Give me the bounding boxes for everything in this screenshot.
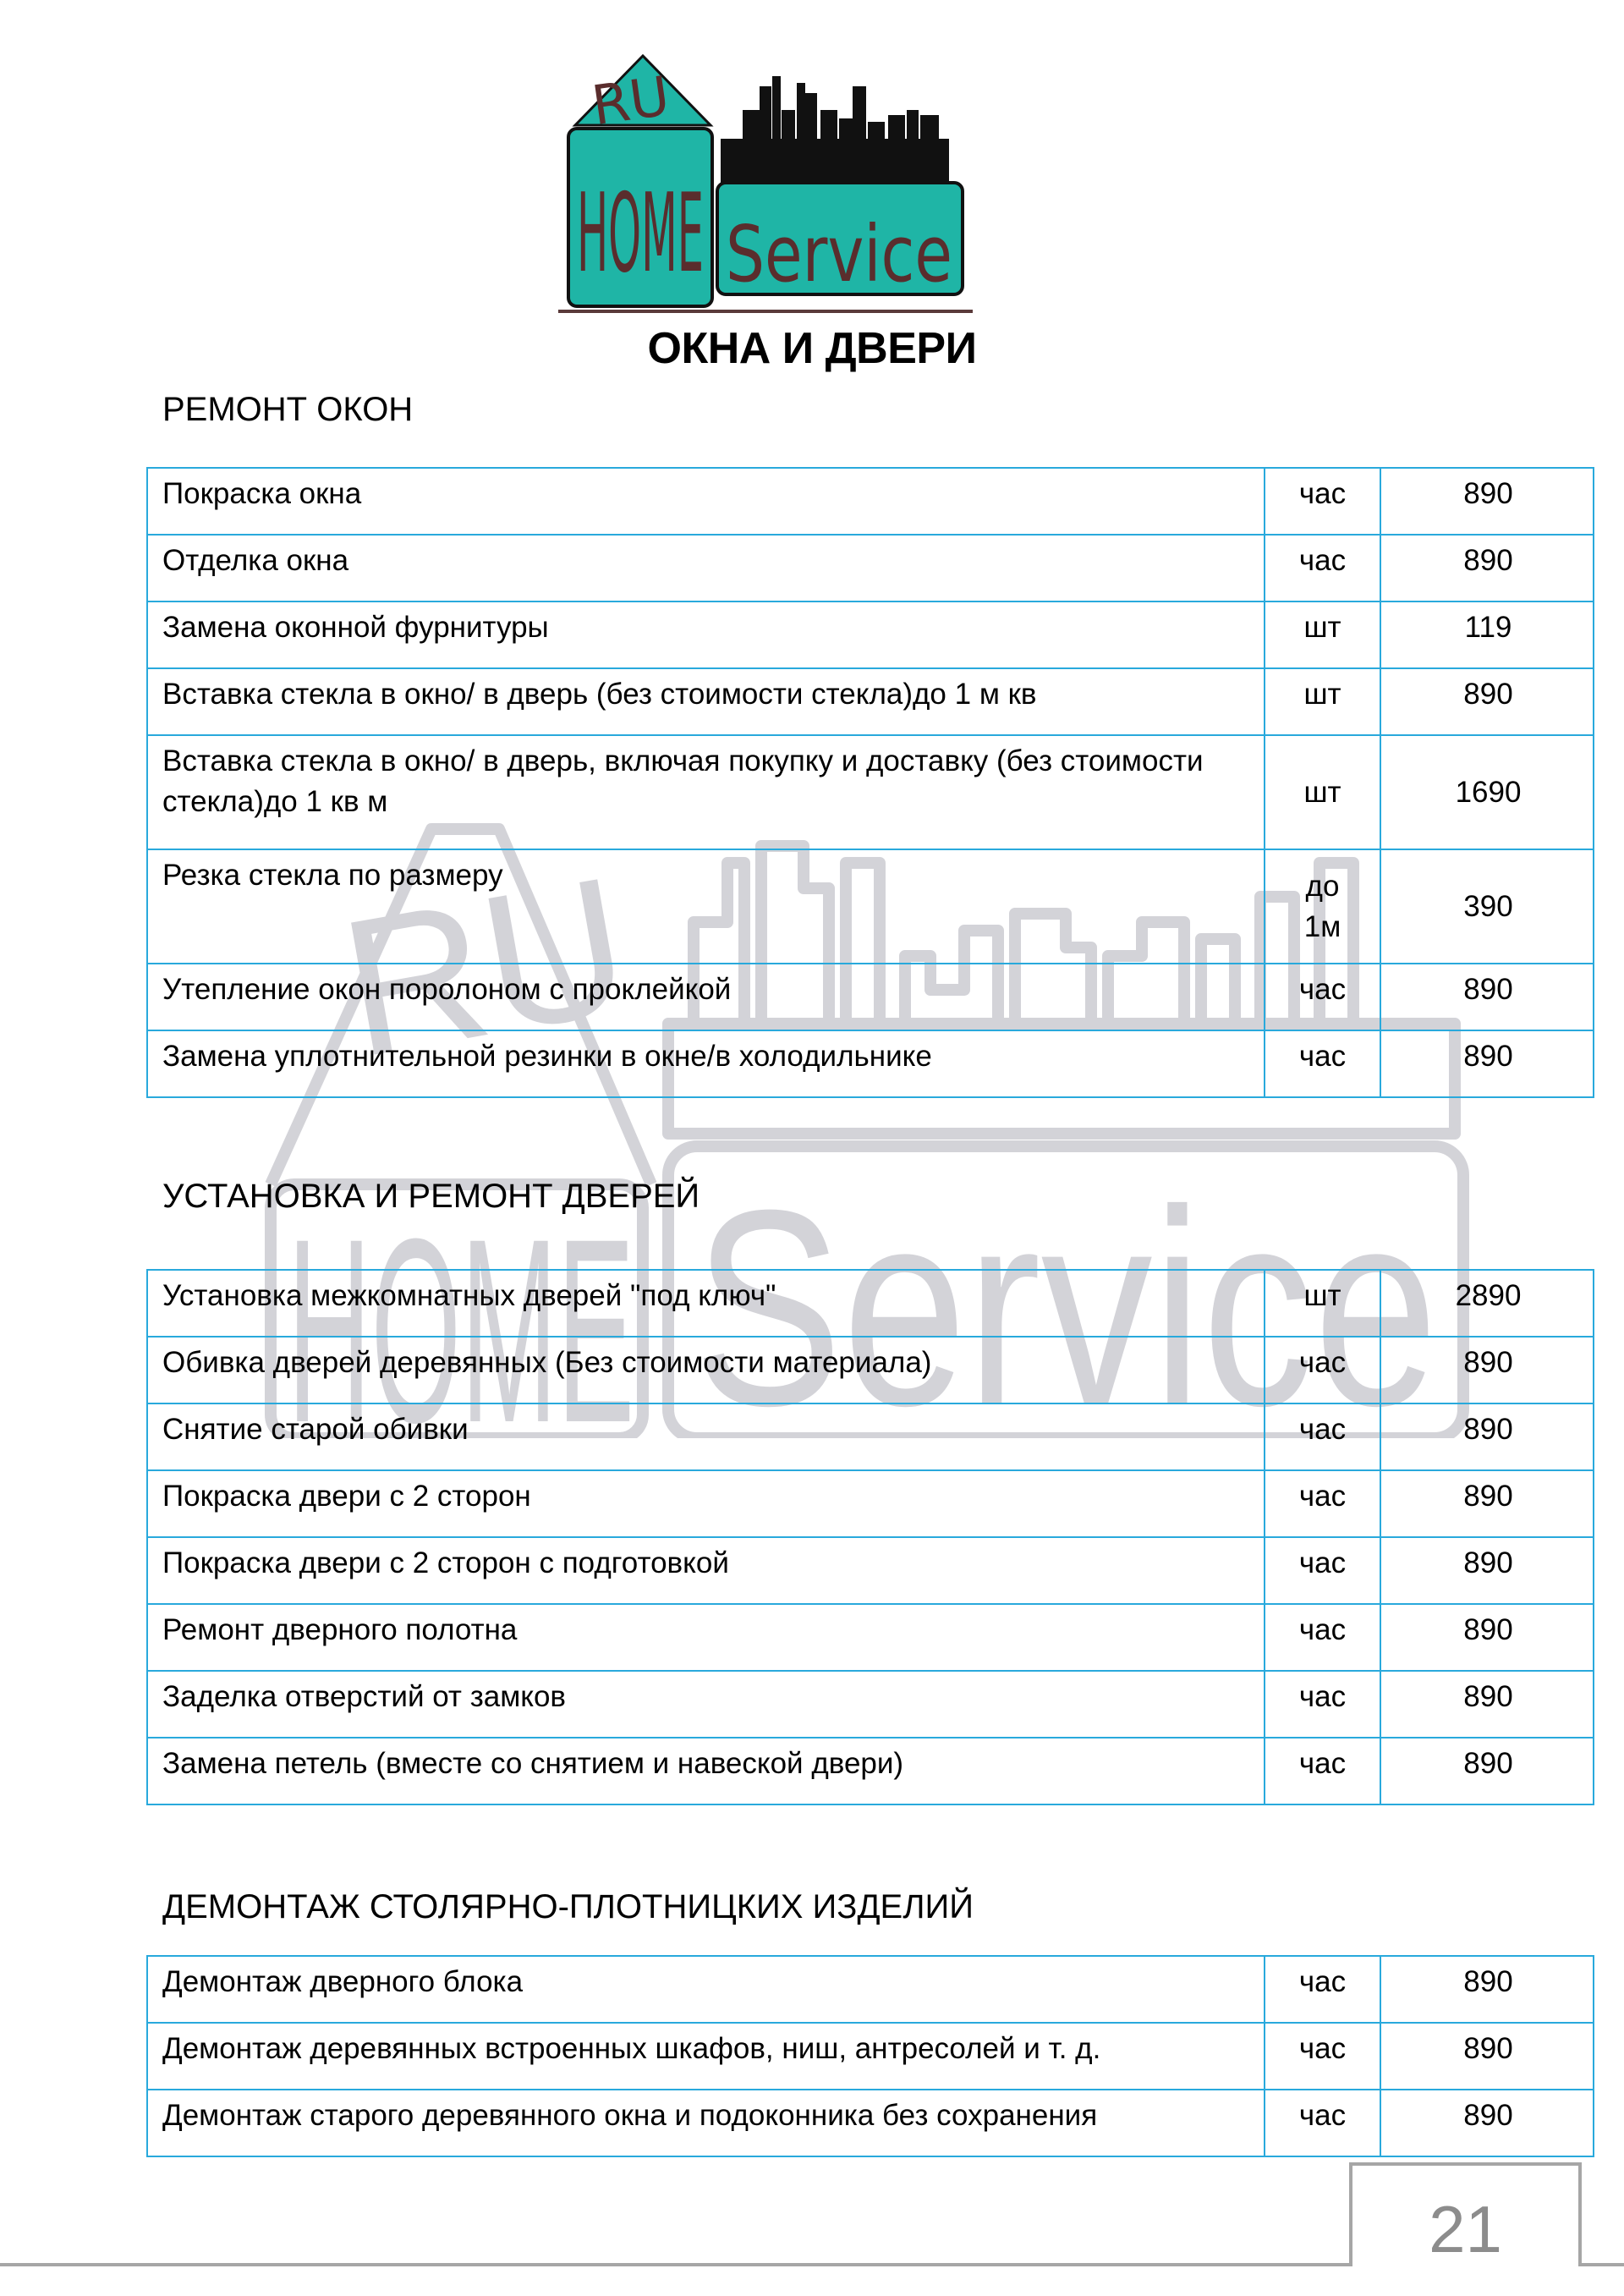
- service-name-cell: Заделка отверстий от замков: [147, 1671, 1265, 1738]
- price-cell: 390: [1380, 849, 1594, 964]
- price-cell: 890: [1380, 1604, 1594, 1671]
- service-name-cell: Демонтаж деревянных встроенных шкафов, н…: [147, 2023, 1265, 2090]
- unit-cell: час: [1265, 1604, 1380, 1671]
- unit-cell: час: [1265, 964, 1380, 1030]
- service-name-cell: Ремонт дверного полотна: [147, 1604, 1265, 1671]
- price-cell: 890: [1380, 668, 1594, 735]
- table-row: Демонтаж дверного блокачас890: [147, 1956, 1594, 2023]
- section-heading-windows: РЕМОНТ ОКОН: [162, 391, 413, 429]
- footer-divider: [0, 2263, 1349, 2266]
- table-row: Замена петель (вместе со снятием и навес…: [147, 1738, 1594, 1804]
- unit-cell: шт: [1265, 601, 1380, 668]
- unit-cell: шт: [1265, 1270, 1380, 1337]
- price-cell: 890: [1380, 535, 1594, 601]
- table-row: Утепление окон поролоном с проклейкойчас…: [147, 964, 1594, 1030]
- unit-cell: час: [1265, 1671, 1380, 1738]
- service-name-cell: Демонтаж старого деревянного окна и подо…: [147, 2090, 1265, 2156]
- unit-cell: час: [1265, 1030, 1380, 1097]
- price-cell: 890: [1380, 1738, 1594, 1804]
- table-row: Установка межкомнатных дверей "под ключ"…: [147, 1270, 1594, 1337]
- table-row: Демонтаж деревянных встроенных шкафов, н…: [147, 2023, 1594, 2090]
- unit-cell: час: [1265, 468, 1380, 535]
- service-name-cell: Покраска окна: [147, 468, 1265, 535]
- price-cell: 890: [1380, 1956, 1594, 2023]
- service-name-cell: Установка межкомнатных дверей "под ключ": [147, 1270, 1265, 1337]
- logo-service: Service: [726, 209, 952, 299]
- price-cell: 1690: [1380, 735, 1594, 849]
- service-name-cell: Вставка стекла в окно/ в дверь (без стои…: [147, 668, 1265, 735]
- logo-underline: [558, 310, 973, 313]
- service-name-cell: Замена уплотнительной резинки в окне/в х…: [147, 1030, 1265, 1097]
- service-name-cell: Утепление окон поролоном с проклейкой: [147, 964, 1265, 1030]
- price-cell: 890: [1380, 2023, 1594, 2090]
- table-row: Замена уплотнительной резинки в окне/в х…: [147, 1030, 1594, 1097]
- service-name-cell: Покраска двери с 2 сторон с подготовкой: [147, 1537, 1265, 1604]
- table-row: Покраска двери с 2 сторончас890: [147, 1470, 1594, 1537]
- table-row: Покраска двери с 2 сторон с подготовкойч…: [147, 1537, 1594, 1604]
- service-name-cell: Покраска двери с 2 сторон: [147, 1470, 1265, 1537]
- service-name-cell: Резка стекла по размеру: [147, 849, 1265, 964]
- unit-cell: час: [1265, 2023, 1380, 2090]
- unit-cell: час: [1265, 2090, 1380, 2156]
- table-row: Заделка отверстий от замковчас890: [147, 1671, 1594, 1738]
- price-cell: 890: [1380, 2090, 1594, 2156]
- table-row: Ремонт дверного полотначас890: [147, 1604, 1594, 1671]
- service-name-cell: Снятие старой обивки: [147, 1403, 1265, 1470]
- unit-cell: час: [1265, 535, 1380, 601]
- table-row: Замена оконной фурнитурышт119: [147, 601, 1594, 668]
- service-name-cell: Замена оконной фурнитуры: [147, 601, 1265, 668]
- unit-cell: шт: [1265, 735, 1380, 849]
- table-row: Резка стекла по размерудо 1м390: [147, 849, 1594, 964]
- price-cell: 890: [1380, 468, 1594, 535]
- table-row: Обивка дверей деревянных (Без стоимости …: [147, 1337, 1594, 1403]
- price-cell: 2890: [1380, 1270, 1594, 1337]
- price-cell: 890: [1380, 1671, 1594, 1738]
- city-skyline-icon: [721, 76, 949, 190]
- price-cell: 890: [1380, 964, 1594, 1030]
- price-cell: 119: [1380, 601, 1594, 668]
- unit-cell: до 1м: [1265, 849, 1380, 964]
- table-row: Демонтаж старого деревянного окна и подо…: [147, 2090, 1594, 2156]
- price-cell: 890: [1380, 1470, 1594, 1537]
- unit-cell: час: [1265, 1337, 1380, 1403]
- price-table-dismantling: Демонтаж дверного блокачас890Демонтаж де…: [146, 1955, 1594, 2157]
- logo-home: HOME: [577, 171, 704, 297]
- service-name-cell: Обивка дверей деревянных (Без стоимости …: [147, 1337, 1265, 1403]
- table-row: Снятие старой обивкичас890: [147, 1403, 1594, 1470]
- table-row: Отделка окначас890: [147, 535, 1594, 601]
- unit-cell: час: [1265, 1738, 1380, 1804]
- section-heading-doors: УСТАНОВКА И РЕМОНТ ДВЕРЕЙ: [162, 1178, 700, 1216]
- service-name-cell: Демонтаж дверного блока: [147, 1956, 1265, 2023]
- table-row: Вставка стекла в окно/ в дверь (без стои…: [147, 668, 1594, 735]
- footer-divider-right: [1582, 2263, 1624, 2266]
- brand-logo: RU HOME Service: [541, 34, 1066, 313]
- page-title: ОКНА И ДВЕРИ: [0, 323, 1624, 374]
- logo-ru: RU: [588, 65, 673, 138]
- unit-cell: час: [1265, 1470, 1380, 1537]
- service-name-cell: Вставка стекла в окно/ в дверь, включая …: [147, 735, 1265, 849]
- table-row: Покраска окначас890: [147, 468, 1594, 535]
- price-cell: 890: [1380, 1537, 1594, 1604]
- price-table-windows: Покраска окначас890Отделка окначас890Зам…: [146, 467, 1594, 1098]
- table-row: Вставка стекла в окно/ в дверь, включая …: [147, 735, 1594, 849]
- unit-cell: час: [1265, 1537, 1380, 1604]
- service-name-cell: Отделка окна: [147, 535, 1265, 601]
- price-cell: 890: [1380, 1030, 1594, 1097]
- price-cell: 890: [1380, 1403, 1594, 1470]
- price-table-doors: Установка межкомнатных дверей "под ключ"…: [146, 1269, 1594, 1805]
- unit-cell: шт: [1265, 668, 1380, 735]
- service-name-cell: Замена петель (вместе со снятием и навес…: [147, 1738, 1265, 1804]
- price-cell: 890: [1380, 1337, 1594, 1403]
- section-heading-dismantling: ДЕМОНТАЖ СТОЛЯРНО-ПЛОТНИЦКИХ ИЗДЕЛИЙ: [162, 1888, 974, 1926]
- unit-cell: час: [1265, 1403, 1380, 1470]
- page-number: 21: [1349, 2191, 1582, 2268]
- unit-cell: час: [1265, 1956, 1380, 2023]
